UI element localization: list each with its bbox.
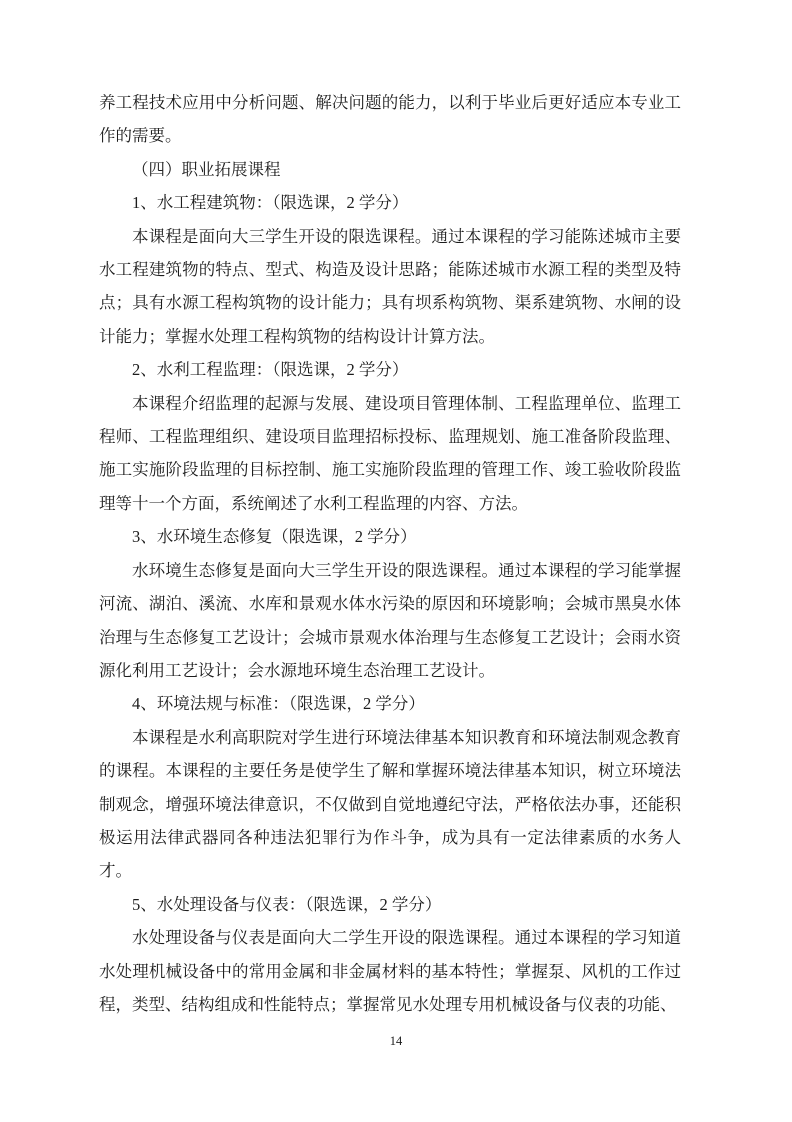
- course-description-4: 本课程是水利高职院对学生进行环境法律基本知识教育和环境法制观念教育的课程。本课程…: [99, 721, 681, 888]
- course-description-3: 水环境生态修复是面向大三学生开设的限选课程。通过本课程的学习能掌握河流、湖泊、溪…: [99, 554, 681, 688]
- paragraph-continuation: 养工程技术应用中分析问题、解决问题的能力，以利于毕业后更好适应本专业工作的需要。: [99, 86, 681, 153]
- document-body: 养工程技术应用中分析问题、解决问题的能力，以利于毕业后更好适应本专业工作的需要。…: [99, 86, 681, 1021]
- page-number: 14: [0, 1034, 792, 1049]
- course-heading-3: 3、水环境生态修复（限选课，2 学分）: [99, 520, 681, 553]
- course-heading-5: 5、水处理设备与仪表：（限选课，2 学分）: [99, 888, 681, 921]
- document-page: 养工程技术应用中分析问题、解决问题的能力，以利于毕业后更好适应本专业工作的需要。…: [0, 0, 792, 1122]
- course-description-5: 水处理设备与仪表是面向大二学生开设的限选课程。通过本课程的学习知道水处理机械设备…: [99, 921, 681, 1021]
- course-description-1: 本课程是面向大三学生开设的限选课程。通过本课程的学习能陈述城市主要水工程建筑物的…: [99, 220, 681, 354]
- course-heading-1: 1、水工程建筑物：（限选课，2 学分）: [99, 186, 681, 219]
- course-heading-4: 4、环境法规与标准：（限选课，2 学分）: [99, 687, 681, 720]
- section-heading: （四）职业拓展课程: [99, 153, 681, 186]
- course-heading-2: 2、水利工程监理：（限选课，2 学分）: [99, 353, 681, 386]
- course-description-2: 本课程介绍监理的起源与发展、建设项目管理体制、工程监理单位、监理工程师、工程监理…: [99, 387, 681, 521]
